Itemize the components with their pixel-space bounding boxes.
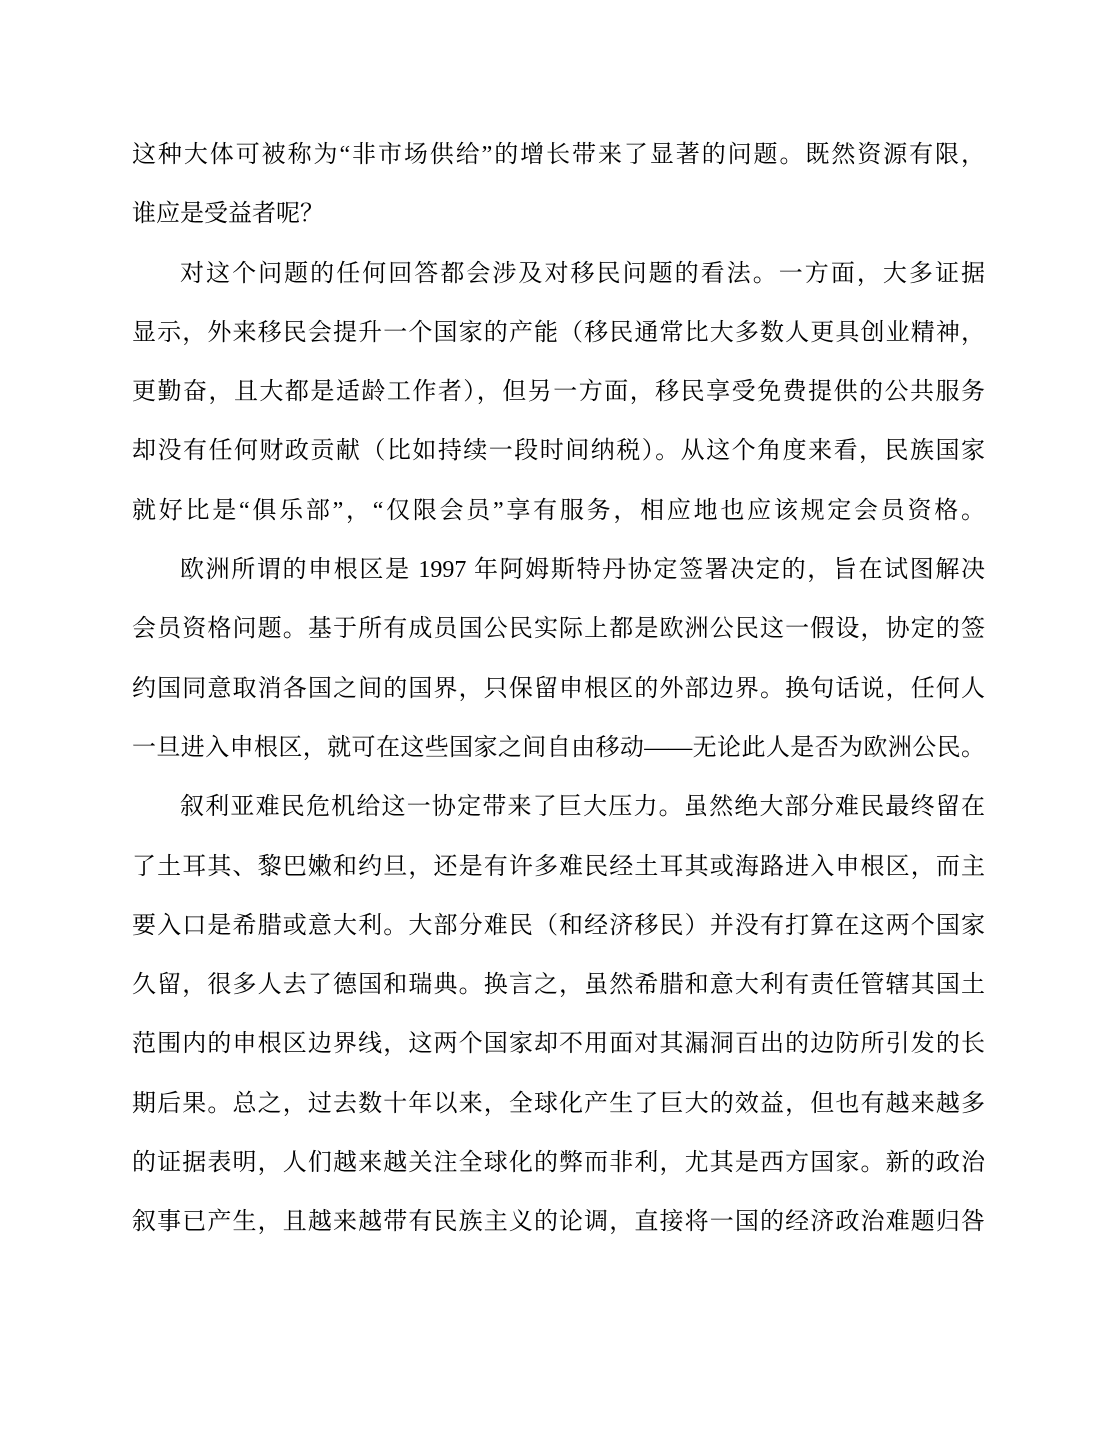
text-line-12: 叙利亚难民危机给这一协定带来了巨大压力。虽然绝大部分难民最终留在 (132, 778, 985, 837)
text-line-2: 谁应是受益者呢？ (132, 185, 985, 244)
page-text-block: 这种大体可被称为“非市场供给”的增长带来了显著的问题。既然资源有限， 谁应是受益… (132, 126, 985, 1253)
text-line-10: 约国同意取消各国之间的国界，只保留申根区的外部边界。换句话说，任何人 (132, 660, 985, 719)
text-line-4: 显示，外来移民会提升一个国家的产能（移民通常比大多数人更具创业精神， (132, 304, 985, 363)
text-line-11: 一旦进入申根区，就可在这些国家之间自由移动——无论此人是否为欧洲公民。 (132, 719, 985, 778)
text-line-15: 久留，很多人去了德国和瑞典。换言之，虽然希腊和意大利有责任管辖其国土 (132, 956, 985, 1015)
text-line-19: 叙事已产生，且越来越带有民族主义的论调，直接将一国的经济政治难题归咎 (132, 1193, 985, 1252)
text-line-1: 这种大体可被称为“非市场供给”的增长带来了显著的问题。既然资源有限， (132, 126, 985, 185)
text-line-16: 范围内的申根区边界线，这两个国家却不用面对其漏洞百出的边防所引发的长 (132, 1015, 985, 1074)
text-line-14: 要入口是希腊或意大利。大部分难民（和经济移民）并没有打算在这两个国家 (132, 897, 985, 956)
text-line-18: 的证据表明，人们越来越关注全球化的弊而非利，尤其是西方国家。新的政治 (132, 1134, 985, 1193)
text-line-6: 却没有任何财政贡献（比如持续一段时间纳税）。从这个角度来看，民族国家 (132, 422, 985, 481)
text-line-13: 了土耳其、黎巴嫩和约旦，还是有许多难民经土耳其或海路进入申根区，而主 (132, 838, 985, 897)
text-line-7: 就好比是“俱乐部”，“仅限会员”享有服务，相应地也应该规定会员资格。 (132, 482, 985, 541)
text-line-8: 欧洲所谓的申根区是 1997 年阿姆斯特丹协定签署决定的，旨在试图解决 (132, 541, 985, 600)
text-line-9: 会员资格问题。基于所有成员国公民实际上都是欧洲公民这一假设，协定的签 (132, 600, 985, 659)
text-line-5: 更勤奋，且大都是适龄工作者），但另一方面，移民享受免费提供的公共服务 (132, 363, 985, 422)
document-page: 这种大体可被称为“非市场供给”的增长带来了显著的问题。既然资源有限， 谁应是受益… (0, 0, 1099, 1453)
text-line-17: 期后果。总之，过去数十年以来，全球化产生了巨大的效益，但也有越来越多 (132, 1075, 985, 1134)
text-line-3: 对这个问题的任何回答都会涉及对移民问题的看法。一方面，大多证据 (132, 245, 985, 304)
